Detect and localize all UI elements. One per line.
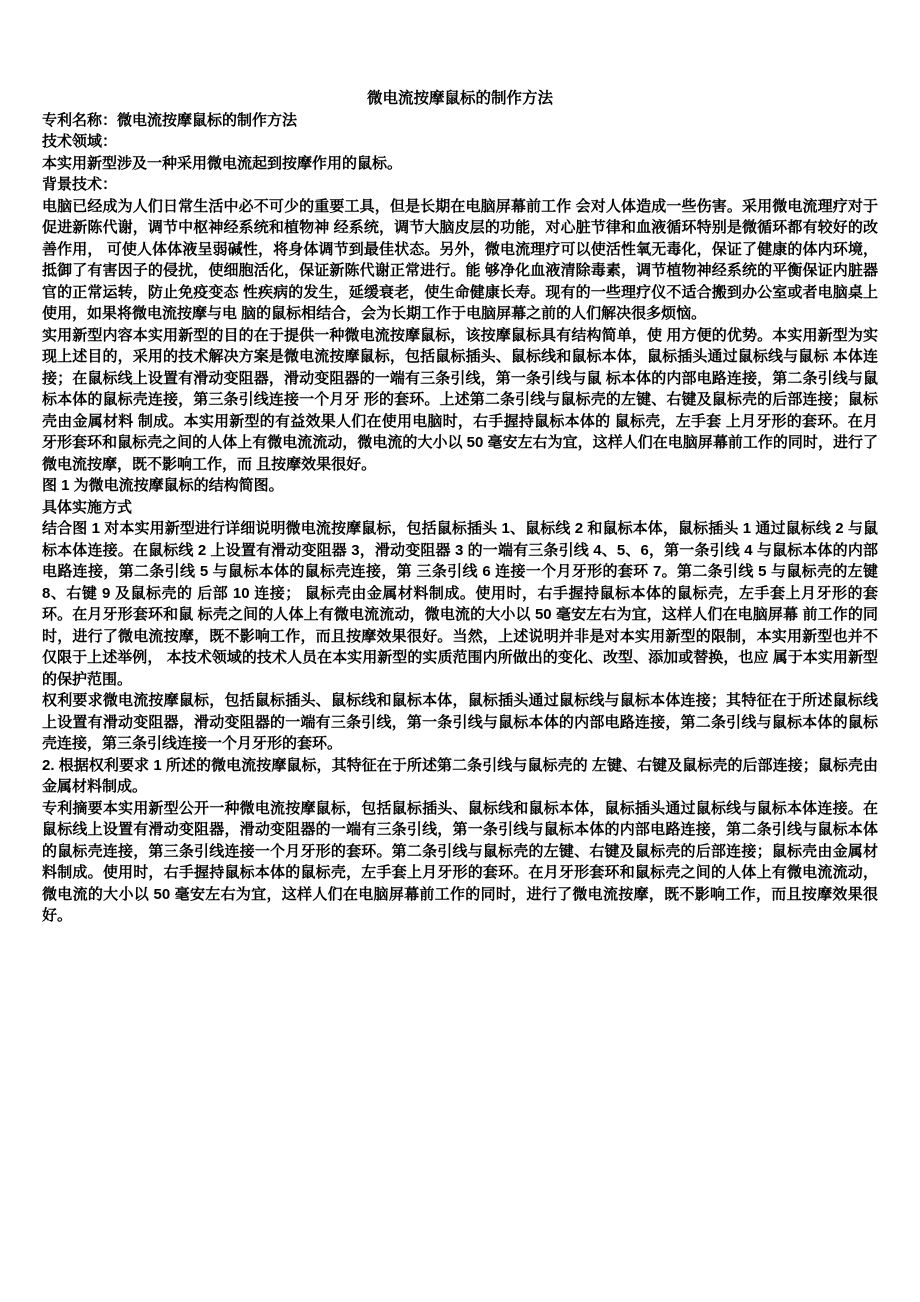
technical-field-text: 本实用新型涉及一种采用微电流起到按摩作用的鼠标。	[42, 153, 878, 175]
patent-name-line: 专利名称：微电流按摩鼠标的制作方法	[42, 110, 878, 132]
abstract-text: 专利摘要本实用新型公开一种微电流按摩鼠标，包括鼠标插头、鼠标线和鼠标本体，鼠标插…	[42, 798, 878, 927]
background-text: 电脑已经成为人们日常生活中必不可少的重要工具，但是长期在电脑屏幕前工作 会对人体…	[42, 196, 878, 325]
document-title: 微电流按摩鼠标的制作方法	[42, 88, 878, 110]
section-heading-technical-field: 技术领域：	[42, 131, 878, 153]
figure-caption: 图 1 为微电流按摩鼠标的结构简图。	[42, 475, 878, 497]
section-heading-embodiment: 具体实施方式	[42, 497, 878, 519]
embodiment-text: 结合图 1 对本实用新型进行详细说明微电流按摩鼠标，包括鼠标插头 1、鼠标线 2…	[42, 518, 878, 690]
claim-2-text: 2. 根据权利要求 1 所述的微电流按摩鼠标，其特征在于所述第二条引线与鼠标壳的…	[42, 755, 878, 798]
patent-document-page: 微电流按摩鼠标的制作方法 专利名称：微电流按摩鼠标的制作方法 技术领域： 本实用…	[0, 0, 920, 1302]
summary-text: 实用新型内容本实用新型的目的在于提供一种微电流按摩鼠标，该按摩鼠标具有结构简单，…	[42, 325, 878, 476]
section-heading-background: 背景技术：	[42, 174, 878, 196]
claim-1-text: 权利要求微电流按摩鼠标，包括鼠标插头、鼠标线和鼠标本体，鼠标插头通过鼠标线与鼠标…	[42, 690, 878, 755]
